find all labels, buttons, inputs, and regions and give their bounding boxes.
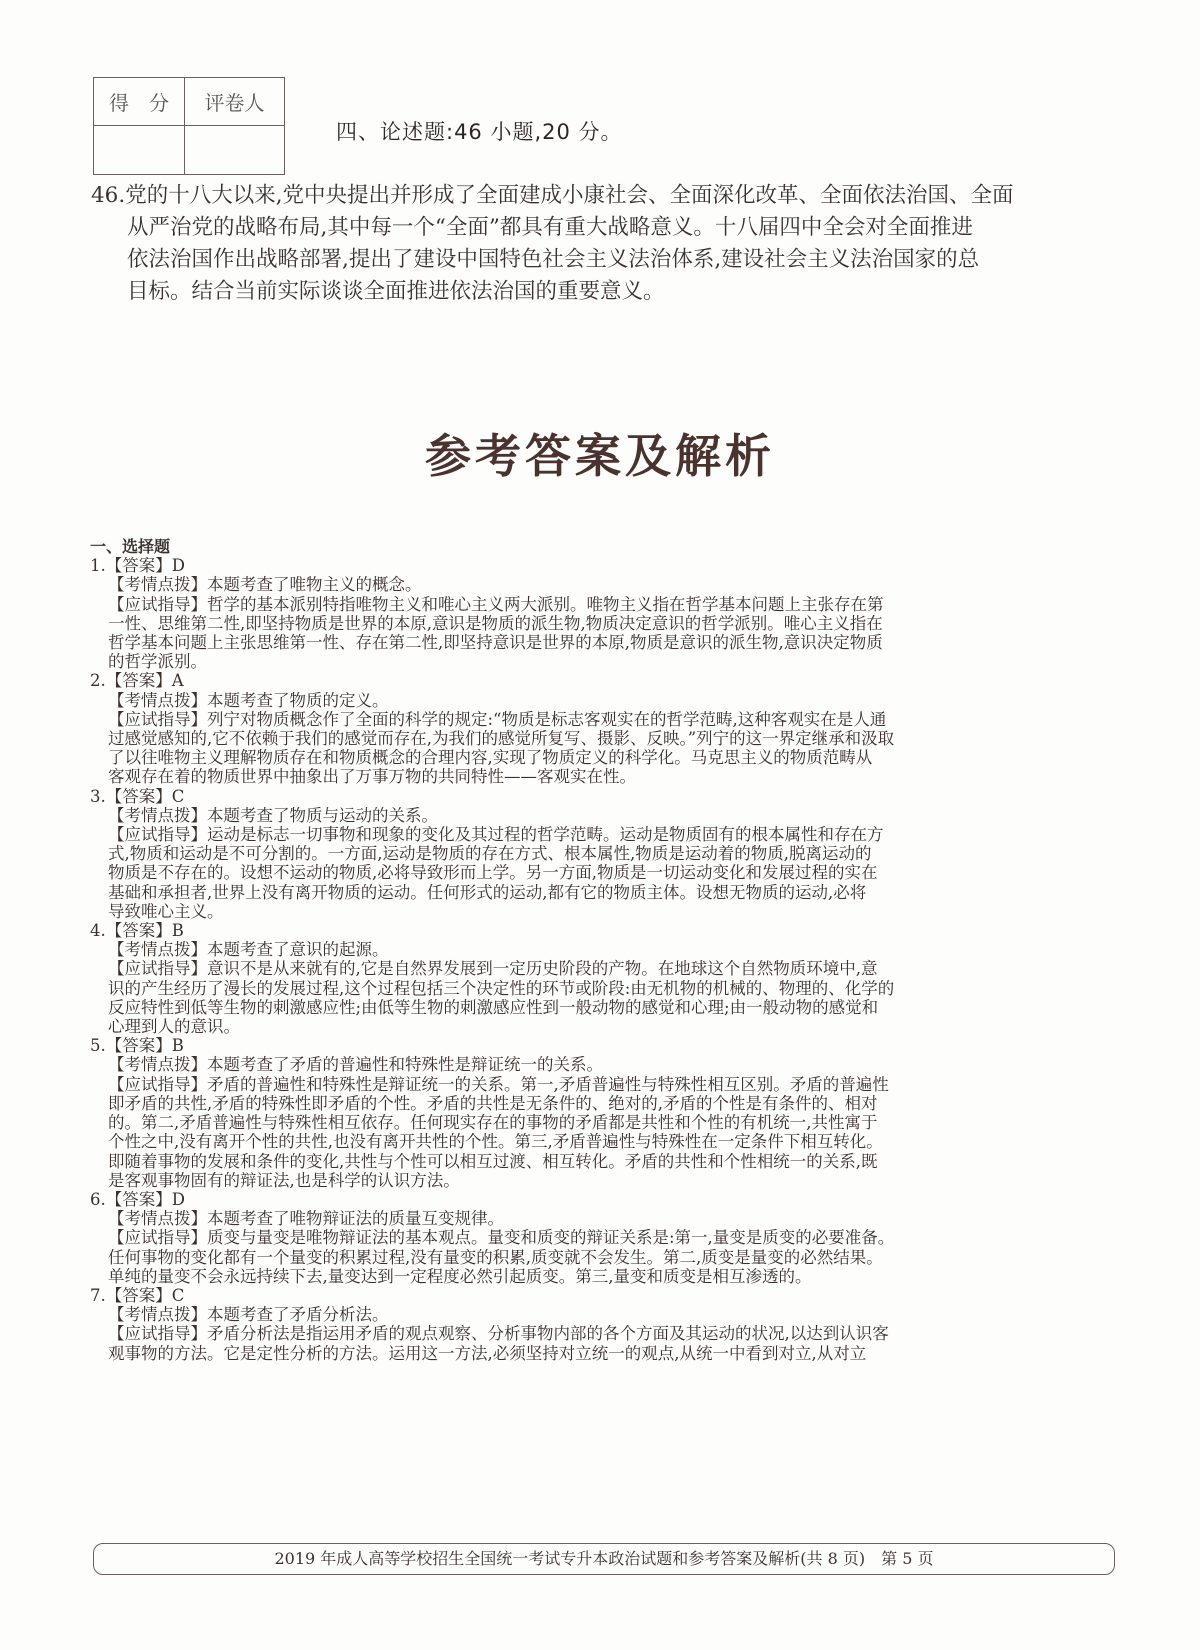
grader-cell[interactable] <box>185 126 285 175</box>
point-line: 【考情点拨】本题考查了唯物主义的概念。 <box>90 575 1110 594</box>
answer-line: 3.【答案】C <box>90 787 1110 806</box>
guide-line: 【应试指导】矛盾分析法是指运用矛盾的观点观察、分析事物内部的各个方面及其运动的状… <box>90 1324 1110 1343</box>
guide-line: 【应试指导】质变与量变是唯物辩证法的基本观点。量变和质变的辩证关系是:第一,量变… <box>90 1228 1110 1247</box>
point-line: 【考情点拨】本题考查了矛盾分析法。 <box>90 1305 1110 1324</box>
guide-line: 【应试指导】运动是标志一切事物和现象的变化及其过程的哲学范畴。运动是物质固有的根… <box>90 825 1110 844</box>
score-header: 得 分 <box>94 78 185 126</box>
guide-line: 【应试指导】哲学的基本派别特指唯物主义和唯心主义两大派别。唯物主义指在哲学基本问… <box>90 595 1110 614</box>
guide-line: 任何事物的变化都有一个量变的积累过程,没有量变的积累,质变就不会发生。第二,质变… <box>90 1248 1110 1267</box>
question-line: 从严治党的战略布局,其中每一个“全面”都具有重大战略意义。十八届四中全会对全面推… <box>91 212 1111 244</box>
point-line: 【考情点拨】本题考查了物质的定义。 <box>90 691 1110 710</box>
guide-line: 识的产生经历了漫长的发展过程,这个过程包括三个决定性的环节或阶段:由无机物的机械… <box>90 979 1110 998</box>
guide-line: 过感觉感知的,它不依赖于我们的感觉而存在,为我们的感觉所复写、摄影、反映。”列宁… <box>90 729 1110 748</box>
guide-line: 【应试指导】矛盾的普遍性和特殊性是辩证统一的关系。第一,矛盾普遍性与特殊性相互区… <box>90 1075 1110 1094</box>
guide-line: 反应特性到低等生物的刺激感应性;由低等生物的刺激感应性到一般动物的感觉和心理;由… <box>90 998 1110 1017</box>
guide-line: 基础和承担者,世界上没有离开物质的运动。任何形式的运动,都有它的物质主体。设想无… <box>90 883 1110 902</box>
guide-line: 了以往唯物主义理解物质存在和物质概念的合理内容,实现了物质定义的科学化。马克思主… <box>90 748 1110 767</box>
point-line: 【考情点拨】本题考查了意识的起源。 <box>90 940 1110 959</box>
guide-line: 【应试指导】意识不是从来就有的,它是自然界发展到一定历史阶段的产物。在地球这个自… <box>90 959 1110 978</box>
guide-line: 客观存在着的物质世界中抽象出了万事万物的共同特性——客观实在性。 <box>90 767 1110 786</box>
guide-line: 个性之中,没有离开个性的共性,也没有离开共性的个性。第三,矛盾普遍性与特殊性在一… <box>90 1132 1110 1151</box>
answers-section: 一、选择题 1.【答案】D 【考情点拨】本题考查了唯物主义的概念。 【应试指导】… <box>90 537 1110 1363</box>
point-line: 【考情点拨】本题考查了物质与运动的关系。 <box>90 806 1110 825</box>
guide-line: 即随着事物的发展和条件的变化,共性与个性可以相互过渡、相互转化。矛盾的共性和个性… <box>90 1152 1110 1171</box>
answer-line: 1.【答案】D <box>90 556 1110 575</box>
point-line: 【考情点拨】本题考查了唯物辩证法的质量互变规律。 <box>90 1209 1110 1228</box>
answer-line: 6.【答案】D <box>90 1190 1110 1209</box>
guide-line: 【应试指导】列宁对物质概念作了全面的科学的规定:“物质是标志客观实在的哲学范畴,… <box>90 710 1110 729</box>
page-footer: 2019 年成人高等学校招生全国统一考试专升本政治试题和参考答案及解析(共 8 … <box>93 1543 1115 1575</box>
guide-line: 观事物的方法。它是定性分析的方法。运用这一方法,必须坚持对立统一的观点,从统一中… <box>90 1344 1110 1363</box>
question-46: 46.党的十八大以来,党中央提出并形成了全面建成小康社会、全面深化改革、全面依法… <box>91 180 1111 308</box>
guide-line: 即矛盾的共性,矛盾的特殊性即矛盾的个性。矛盾的共性是无条件的、绝对的,矛盾的个性… <box>90 1094 1110 1113</box>
grader-header: 评卷人 <box>185 78 285 126</box>
answer-line: 5.【答案】B <box>90 1036 1110 1055</box>
answer-line: 7.【答案】C <box>90 1286 1110 1305</box>
question-line: 依法治国作出战略部署,提出了建设中国特色社会主义法治体系,建设社会主义法治国家的… <box>91 244 1111 276</box>
answers-title: 参考答案及解析 <box>0 420 1200 486</box>
question-line: 目标。结合当前实际谈谈全面推进依法治国的重要意义。 <box>91 276 1111 308</box>
guide-line: 物质是不存在的。设想不运动的物质,必将导致形而上学。另一方面,物质是一切运动变化… <box>90 863 1110 882</box>
answer-line: 2.【答案】A <box>90 671 1110 690</box>
guide-line: 心理到人的意识。 <box>90 1017 1110 1036</box>
guide-line: 的哲学派别。 <box>90 652 1110 671</box>
question-line: 46.党的十八大以来,党中央提出并形成了全面建成小康社会、全面深化改革、全面依法… <box>91 180 1111 212</box>
guide-line: 单纯的量变不会永远持续下去,量变达到一定程度必然引起质变。第三,量变和质变是相互… <box>90 1267 1110 1286</box>
guide-line: 式,物质和运动是不可分割的。一方面,运动是物质的存在方式、根本属性,物质是运动着… <box>90 844 1110 863</box>
guide-line: 一性、思维第二性,即坚持物质是世界的本原,意识是物质的派生物,物质决定意识的哲学… <box>90 614 1110 633</box>
guide-line: 导致唯心主义。 <box>90 902 1110 921</box>
guide-line: 哲学基本问题上主张思维第一性、存在第二性,即坚持意识是世界的本原,物质是意识的派… <box>90 633 1110 652</box>
answer-line: 4.【答案】B <box>90 921 1110 940</box>
point-line: 【考情点拨】本题考查了矛盾的普遍性和特殊性是辩证统一的关系。 <box>90 1055 1110 1074</box>
section-label: 一、选择题 <box>90 537 1110 556</box>
section-heading: 四、论述题:46 小题,20 分。 <box>336 116 623 146</box>
score-table: 得 分 评卷人 <box>93 77 285 175</box>
guide-line: 的。第二,矛盾普遍性与特殊性相互依存。任何现实存在的事物的矛盾都是共性和个性的有… <box>90 1113 1110 1132</box>
guide-line: 是客观事物固有的辩证法,也是科学的认识方法。 <box>90 1171 1110 1190</box>
score-cell[interactable] <box>94 126 185 175</box>
